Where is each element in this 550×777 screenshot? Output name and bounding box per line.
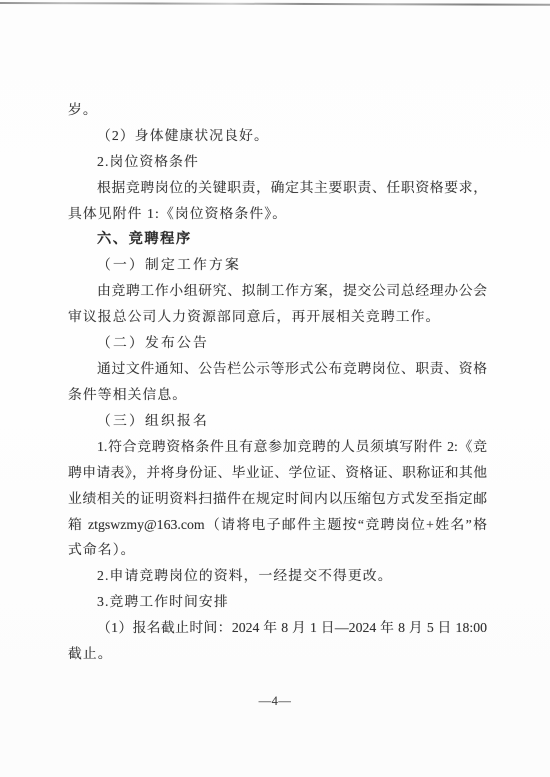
text-line: 审议报总公司人力资源部同意后，再开展相关竞聘工作。 — [68, 304, 487, 330]
page-number: —4— — [0, 694, 550, 709]
text-line: 式命名）。 — [68, 537, 487, 563]
text-line: 聘申请表》，并将身份证、毕业证、学位证、资格证、职称证和其他 — [68, 460, 487, 486]
text-line: （2）身体健康状况良好。 — [68, 123, 487, 149]
text-line: （一）制定工作方案 — [68, 252, 487, 278]
text-line: 2.岗位资格条件 — [68, 149, 487, 175]
text-line: 箱 ztgswzmy@163.com（请将电子邮件主题按“竞聘岗位+姓名”格 — [68, 512, 487, 538]
text-line: 具体见附件 1:《岗位资格条件》。 — [68, 201, 487, 227]
text-line: 由竞聘工作小组研究、拟制工作方案，提交公司总经理办公会 — [68, 278, 487, 304]
text-line: 六、竞聘程序 — [68, 227, 487, 253]
text-line: 根据竞聘岗位的关键职责，确定其主要职责、任职资格要求， — [68, 175, 487, 201]
text-line: 截止。 — [68, 641, 487, 667]
text-line: 通过文件通知、公告栏公示等形式公布竞聘岗位、职责、资格 — [68, 356, 487, 382]
document-body: 岁。（2）身体健康状况良好。2.岗位资格条件根据竞聘岗位的关键职责，确定其主要职… — [68, 97, 487, 667]
text-line: 岁。 — [68, 97, 487, 123]
text-line: （三）组织报名 — [68, 408, 487, 434]
text-line: 1.符合竞聘资格条件且有意参加竞聘的人员须填写附件 2:《竞 — [68, 434, 487, 460]
text-line: 业绩相关的证明资料扫描件在规定时间内以压缩包方式发至指定邮 — [68, 486, 487, 512]
scanned-document-page: 岁。（2）身体健康状况良好。2.岗位资格条件根据竞聘岗位的关键职责，确定其主要职… — [0, 0, 550, 777]
scan-edge-line — [0, 2, 550, 6]
text-line: （1）报名截止时间：2024 年 8 月 1 日—2024 年 8 月 5 日 … — [68, 615, 487, 641]
text-line: （二）发布公告 — [68, 330, 487, 356]
text-line: 3.竞聘工作时间安排 — [68, 589, 487, 615]
text-line: 条件等相关信息。 — [68, 382, 487, 408]
text-line: 2.申请竞聘岗位的资料，一经提交不得更改。 — [68, 563, 487, 589]
